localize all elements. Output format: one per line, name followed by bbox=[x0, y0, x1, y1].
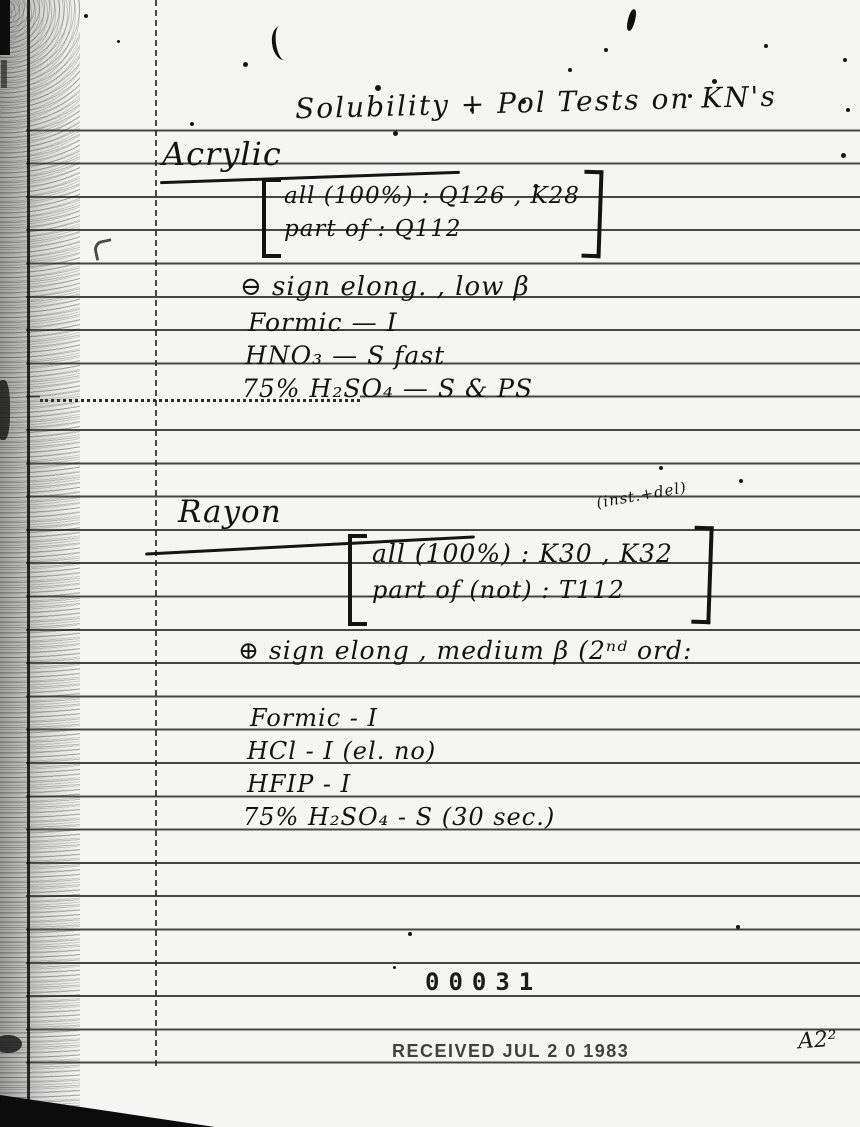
acrylic-test-formic: Formic — I bbox=[248, 310, 397, 336]
speck bbox=[843, 58, 847, 62]
speck bbox=[117, 40, 120, 43]
scanned-notebook-page: Solubility + Pol Tests on KN's Acrylic a… bbox=[0, 0, 860, 1127]
speck bbox=[841, 153, 846, 158]
received-date-stamp: RECEIVED JUL 2 0 1983 bbox=[392, 1041, 629, 1062]
acrylic-test-hno3: HNO₃ — S fast bbox=[245, 343, 445, 369]
acrylic-scope-partof: part of : Q112 bbox=[284, 217, 461, 241]
rayon-sign-note: ⊕ sign elong , medium β (2ⁿᵈ ord: bbox=[238, 638, 692, 664]
speck bbox=[846, 108, 850, 112]
corner-shadow-wedge bbox=[0, 1095, 215, 1127]
rayon-scope-bracket-right bbox=[691, 526, 713, 625]
speck bbox=[736, 925, 740, 929]
rayon-test-h2so4: 75% H₂SO₄ - S (30 sec.) bbox=[243, 805, 555, 830]
speck bbox=[659, 466, 663, 470]
acrylic-heading: Acrylic bbox=[162, 138, 282, 172]
rayon-annotation: (inst.+del) bbox=[595, 480, 688, 511]
speck bbox=[739, 479, 743, 483]
acrylic-test-h2so4: 75% H₂SO₄ — S & PS bbox=[242, 376, 533, 402]
acrylic-sign-note: ⊖ sign elong. , low β bbox=[240, 274, 530, 301]
corner-page-mark: A2² bbox=[797, 1027, 837, 1055]
stray-pen-tick bbox=[625, 8, 637, 31]
rayon-test-hcl: HCl - I (el. no) bbox=[247, 739, 436, 764]
speck bbox=[393, 131, 398, 136]
stray-pen-hook bbox=[92, 238, 115, 261]
acrylic-scope-bracket-left bbox=[262, 178, 281, 258]
speck bbox=[568, 68, 572, 72]
rayon-test-hfip: HFIP - I bbox=[247, 772, 351, 797]
rayon-heading: Rayon bbox=[178, 496, 282, 529]
margin-rule bbox=[155, 0, 157, 1066]
speck bbox=[243, 62, 248, 67]
page-title: Solubility + Pol Tests on KN's bbox=[295, 82, 777, 124]
stray-pen-arc bbox=[270, 25, 295, 61]
rayon-test-formic: Formic - I bbox=[250, 706, 378, 731]
acrylic-scope-all: all (100%) : Q126 , K28 bbox=[284, 184, 580, 208]
binding-shadow bbox=[0, 0, 80, 1127]
rayon-scope-partof: part of (not) : T112 bbox=[372, 578, 625, 603]
acrylic-scope-bracket-right bbox=[581, 170, 603, 259]
document-number-stamp: 00031 bbox=[425, 968, 542, 996]
binding-edge-line bbox=[27, 0, 30, 1127]
edge-ink-smudge bbox=[0, 380, 10, 440]
rayon-scope-all: all (100%) : K30 , K32 bbox=[372, 541, 673, 567]
speck bbox=[190, 122, 194, 126]
speck bbox=[764, 44, 768, 48]
speck bbox=[604, 48, 608, 52]
speck bbox=[84, 14, 88, 18]
speck bbox=[393, 966, 396, 969]
speck bbox=[408, 932, 412, 936]
rayon-scope-bracket-left bbox=[348, 534, 367, 626]
scan-artifact-bar-small bbox=[1, 60, 7, 88]
scan-artifact-bar bbox=[0, 0, 10, 55]
